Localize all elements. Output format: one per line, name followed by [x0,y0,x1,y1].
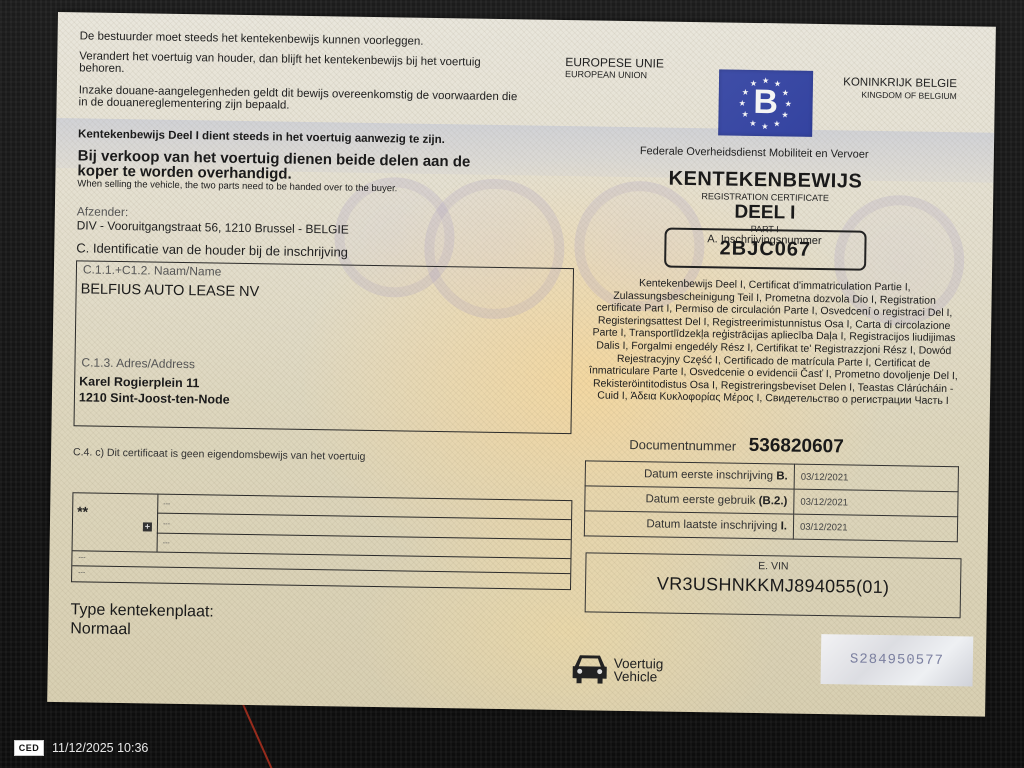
holder-address-line2: 1210 Sint-Joost-ten-Node [79,389,230,407]
camera-timestamp-overlay: CED 11/12/2025 10:36 [14,740,148,756]
ownership-note: C.4. c) Dit certificaat is geen eigendom… [73,446,366,463]
date-first-use: 03/12/2021 [794,489,958,517]
date-label: Datum eerste inschrijving [644,468,773,482]
vin-value: VR3USHNKKMJ894055(01) [586,572,960,599]
kingdom-label-en: KINGDOM OF BELGIUM [827,88,957,102]
plus-icon: + [143,522,152,531]
dates-table: Datum eerste inschrijving B. 03/12/2021 … [584,460,959,542]
camera-logo: CED [14,740,44,756]
date-last-registration: 03/12/2021 [793,514,957,542]
holder-section-label: C. Identificatie van de houder bij de in… [76,240,348,259]
instruction-1: De bestuurder moet steeds het kentekenbe… [80,30,424,47]
date-code: B. [776,470,788,482]
kingdom-label: KONINKRIJK BELGIE KINGDOM OF BELGIUM [827,76,957,102]
vin-box: E. VIN VR3USHNKKMJ894055(01) [585,552,962,618]
grid-placeholder: --- [78,554,85,561]
instruction-2: Verandert het voertuig van houder, dan b… [79,50,499,81]
car-icon [572,652,608,685]
country-letter: B [718,81,813,122]
holder-address-line1: Karel Rogierplein 11 [79,373,199,391]
plate-type-label: Type kentekenplaat: [70,600,213,621]
grid-placeholder: --- [78,569,85,576]
sticker-code: S284950577 [850,652,944,669]
document-number-value: 536820607 [749,435,844,457]
title-main: KENTEKENBEWIJS [645,167,885,194]
holder-name: BELFIUS AUTO LEASE NV [81,281,260,300]
date-label: Datum laatste inschrijving [646,518,777,532]
grid-placeholder: --- [163,521,170,528]
fabric-seam [240,699,274,768]
instruction-3: Inzake douane-aangelegenheden geldt dit … [78,84,528,115]
sender-label: Afzender: [77,204,129,219]
registration-certificate: De bestuurder moet steeds het kentekenbe… [47,12,996,717]
sender-address: DIV - Vooruitgangstraat 56, 1210 Brussel… [77,218,349,236]
eu-label: EUROPESE UNIE EUROPEAN UNION [565,56,664,82]
registration-number: 2BJC067 [664,228,867,271]
document-number: Documentnummer 536820607 [629,433,844,458]
remarks-grid: ** + --- --- --- --- --- [71,492,572,590]
grid-placeholder: --- [163,540,170,547]
date-code: (B.2.) [759,495,788,507]
grid-placeholder: --- [163,501,170,508]
hologram-sticker: S284950577 [821,634,974,686]
timestamp: 11/12/2025 10:36 [52,741,148,755]
vehicle-label: Voertuig Vehicle [614,657,664,684]
date-code: I. [781,520,788,532]
plate-type-value: Normaal [70,619,131,639]
kingdom-label-nl: KONINKRIJK BELGIE [827,76,957,90]
vehicle-label-en: Vehicle [614,670,664,684]
multilingual-title-text: Kentekenbewijs Deel I, Certificat d'imma… [588,276,960,408]
holder-name-label: C.1.1.+C1.2. Naam/Name [83,262,222,278]
date-label: Datum eerste gebruik [645,493,755,507]
holder-address-label: C.1.3. Adres/Address [81,355,195,371]
holder-box: C.1.1.+C1.2. Naam/Name BELFIUS AUTO LEAS… [73,260,574,434]
grid-stars: ** [77,503,88,519]
document-number-label: Documentnummer [629,437,736,454]
eu-flag-icon: B ★ ★ ★ ★ ★ ★ ★ ★ ★ ★ ★ ★ [718,69,813,136]
date-first-registration: 03/12/2021 [794,464,958,492]
table-row: Datum laatste inschrijving I. 03/12/2021 [584,511,957,542]
